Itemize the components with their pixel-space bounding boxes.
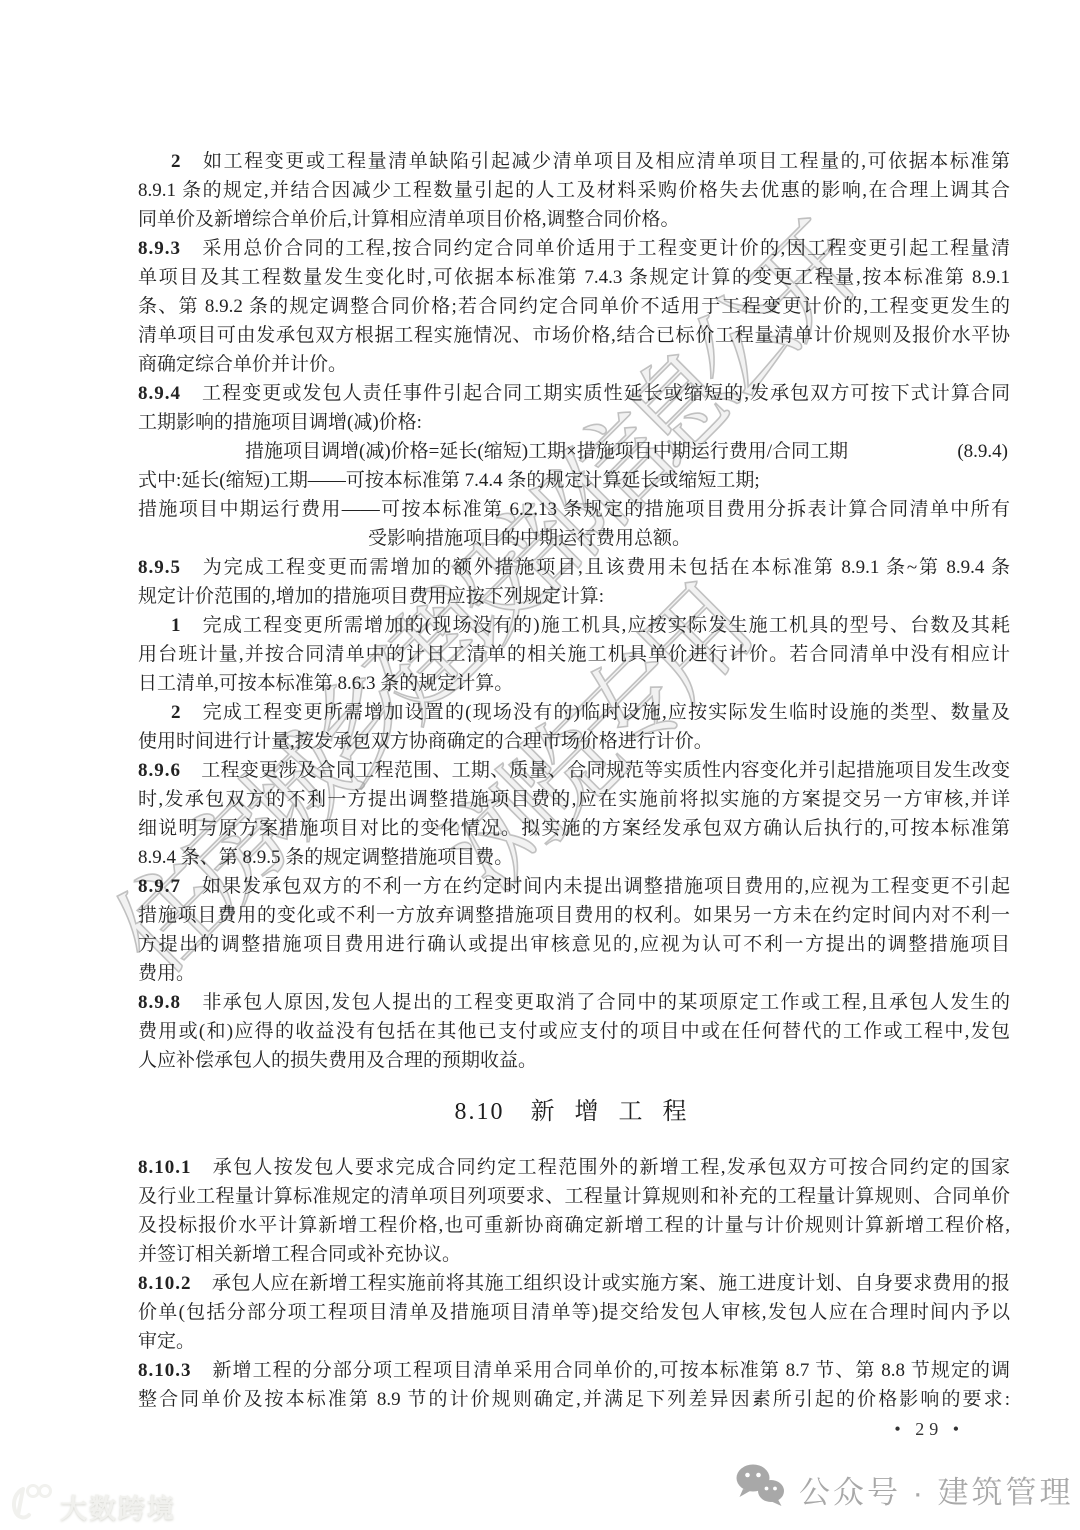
clause-number: 8.9.6	[138, 760, 181, 781]
text-line: 8.9.4工程变更或发包人责任事件引起合同工期实质性延长或缩短的,发承包双方可按…	[138, 379, 1010, 408]
clause-number: 8.10.1	[138, 1157, 192, 1178]
formula-line: 措施项目调增(减)价格=延长(缩短)工期×措施项目中期运行费用/合同工期(8.9…	[138, 437, 1010, 466]
clause-number: 8.9.7	[138, 876, 181, 897]
text-line: 式中:延长(缩短)工期——可按本标准第 7.4.4 条的规定计算延长或缩短工期;	[138, 466, 1010, 495]
text-line: 8.9.3采用总价合同的工程,按合同约定合同单价适用于工程变更计价的,因工程变更…	[138, 234, 1010, 263]
text-line: 措施项目费用的变化或不利一方放弃调整措施项目费用的权利。如果另一方未在约定时间内…	[138, 901, 1010, 930]
text-line: 8.10.1承包人按发包人要求完成合同约定工程范围外的新增工程,发承包双方可按合…	[138, 1153, 1010, 1182]
text-line: 及行业工程量计算标准规定的清单项目列项要求、工程量计算规则和补充的工程量计算规则…	[138, 1182, 1010, 1211]
text-line: 2完成工程变更所需增加设置的(现场没有的)临时设施,应按实际发生临时设施的类型、…	[138, 698, 1010, 727]
text-line: 8.9.7如果发承包双方的不利一方在约定时间内未提出调整措施项目费用的,应视为工…	[138, 872, 1010, 901]
text-line-content: 如工程变更或工程量清单缺陷引起减少清单项目及相应清单项目工程量的,可依据本标准第	[201, 151, 1010, 172]
text-line-content: 工程变更或发包人责任事件引起合同工期实质性延长或缩短的,发承包双方可按下式计算合…	[201, 383, 1010, 404]
formula-text: 措施项目调增(减)价格=延长(缩短)工期×措施项目中期运行费用/合同工期	[245, 437, 848, 466]
text-line: 同单价及新增综合单价后,计算相应清单项目价格,调整合同价格。	[138, 205, 1010, 234]
text-line: 细说明与原方案措施项目对比的变化情况。拟实施的方案经发承包双方确认后执行的,可按…	[138, 814, 1010, 843]
text-line: 人应补偿承包人的损失费用及合理的预期收益。	[138, 1046, 1010, 1075]
clause-number: 2	[171, 702, 182, 723]
text-block: 2如工程变更或工程量清单缺陷引起减少清单项目及相应清单项目工程量的,可依据本标准…	[138, 147, 1010, 1442]
clause-number: 8.9.8	[138, 992, 181, 1013]
text-line: 时,发承包双方的不利一方提出调整措施项目费的,应在实施前将拟实施的方案提交另一方…	[138, 785, 1010, 814]
text-line: 用台班计量,并按合同清单中的计日工清单的相关施工机具单价进行计价。若合同清单中没…	[138, 640, 1010, 669]
text-line-content: 非承包人原因,发包人提出的工程变更取消了合同中的某项原定工作或工程,且承包人发生…	[201, 992, 1010, 1013]
text-line-content: 新增工程的分部分项工程项目清单采用合同单价的,可按本标准第 8.7 节、第 8.…	[211, 1360, 1010, 1381]
text-line: 审定。	[138, 1327, 1010, 1356]
text-line: 费用。	[138, 959, 1010, 988]
text-line: 条、第 8.9.2 条的规定调整合同价格;若合同约定合同单价不适用于工程变更计价…	[138, 292, 1010, 321]
text-line: 价单(包括分部分项工程项目清单及措施项目清单等)提交给发包人审核,发包人应在合理…	[138, 1298, 1010, 1327]
text-line: 8.9.4 条、第 8.9.5 条的规定调整措施项目费。	[138, 843, 1010, 872]
text-line-content: 承包人按发包人要求完成合同约定工程范围外的新增工程,发承包双方可按合同约定的国家	[211, 1157, 1010, 1178]
clause-number: 1	[171, 615, 182, 636]
text-line: 清单项目可由发承包双方根据工程实施情况、市场价格,结合已标价工程量清单计价规则及…	[138, 321, 1010, 350]
section-heading: 8.10新 增 工 程	[138, 1093, 1010, 1131]
text-line: 受影响措施项目的中期运行费用总额。	[138, 524, 1010, 553]
text-line: 单项目及其工程数量发生变化时,可依据本标准第 7.4.3 条规定计算的变更工程量…	[138, 263, 1010, 292]
brand-watermark: 大数跨境	[8, 1482, 176, 1530]
brand-logo-icon	[8, 1482, 60, 1530]
wechat-icon	[733, 1461, 787, 1518]
text-line: 方提出的调整措施项目费用进行确认或提出审核意见的,应视为认可不利一方提出的调整措…	[138, 930, 1010, 959]
page-number: • 29 •	[138, 1416, 1010, 1442]
formula-tag: (8.9.4)	[957, 437, 1008, 466]
text-line: 费用或(和)应得的收益没有包括在其他已支付或应支付的项目中或在任何替代的工作或工…	[138, 1017, 1010, 1046]
section-heading-number: 8.10	[455, 1099, 505, 1125]
text-line: 8.10.3新增工程的分部分项工程项目清单采用合同单价的,可按本标准第 8.7 …	[138, 1356, 1010, 1385]
text-line-content: 式中:延长(缩短)工期——可按本标准第 7.4.4 条的规定计算延长或缩短工期;	[138, 470, 760, 491]
document-page: 住房城乡建设部信息公开 浏览专用 2如工程变更或工程量清单缺陷引起减少清单项目及…	[0, 0, 1080, 1530]
text-line-content: 承包人应在新增工程实施前将其施工组织设计或实施方案、施工进度计划、自身要求费用的…	[211, 1273, 1010, 1294]
official-account-label: 公众号 · 建筑管理	[799, 1467, 1074, 1512]
text-line: 日工清单,可按本标准第 8.6.3 条的规定计算。	[138, 669, 1010, 698]
text-line-content: 完成工程变更所需增加的(现场没有的)施工机具,应按实际发生施工机具的型号、台数及…	[201, 615, 1010, 636]
text-line: 8.9.5为完成工程变更而需增加的额外措施项目,且该费用未包括在本标准第 8.9…	[138, 553, 1010, 582]
official-account: 公众号 · 建筑管理	[733, 1461, 1074, 1518]
text-line: 及投标报价水平计算新增工程价格,也可重新协商确定新增工程的计量与计价规则计算新增…	[138, 1211, 1010, 1240]
text-line: 使用时间进行计量,按发承包双方协商确定的合理市场价格进行计价。	[138, 727, 1010, 756]
text-line: 1完成工程变更所需增加的(现场没有的)施工机具,应按实际发生施工机具的型号、台数…	[138, 611, 1010, 640]
clause-number: 2	[171, 151, 182, 172]
text-line: 整合同单价及按本标准第 8.9 节的计价规则确定,并满足下列差异因素所引起的价格…	[138, 1385, 1010, 1414]
text-line: 8.9.1 条的规定,并结合因减少工程数量引起的人工及材料采购价格失去优惠的影响…	[138, 176, 1010, 205]
text-line: 工期影响的措施项目调增(减)价格:	[138, 408, 1010, 437]
text-line-content: 完成工程变更所需增加设置的(现场没有的)临时设施,应按实际发生临时设施的类型、数…	[201, 702, 1010, 723]
footer: 大数跨境 公众号 · 建筑管理	[0, 1455, 1080, 1530]
clause-number: 8.10.3	[138, 1360, 192, 1381]
text-line: 8.9.6工程变更涉及合同工程范围、工期、质量、合同规范等实质性内容变化并引起措…	[138, 756, 1010, 785]
text-line-content: 措施项目中期运行费用——可按本标准第 6.2.13 条规定的措施项目费用分拆表计…	[138, 499, 1010, 520]
text-line-content: 采用总价合同的工程,按合同约定合同单价适用于工程变更计价的,因工程变更引起工程量…	[201, 238, 1010, 259]
text-line: 措施项目中期运行费用——可按本标准第 6.2.13 条规定的措施项目费用分拆表计…	[138, 495, 1010, 524]
text-line: 2如工程变更或工程量清单缺陷引起减少清单项目及相应清单项目工程量的,可依据本标准…	[138, 147, 1010, 176]
clause-number: 8.9.5	[138, 557, 181, 578]
text-line: 8.10.2承包人应在新增工程实施前将其施工组织设计或实施方案、施工进度计划、自…	[138, 1269, 1010, 1298]
text-line-content: 受影响措施项目的中期运行费用总额。	[368, 528, 691, 549]
text-line-content: 为完成工程变更而需增加的额外措施项目,且该费用未包括在本标准第 8.9.1 条~…	[201, 557, 1010, 578]
clause-number: 8.10.2	[138, 1273, 192, 1294]
brand-watermark-label: 大数跨境	[60, 1487, 176, 1526]
clause-number: 8.9.3	[138, 238, 181, 259]
section-heading-title: 新 增 工 程	[531, 1099, 694, 1125]
text-line-content: 如果发承包双方的不利一方在约定时间内未提出调整措施项目费用的,应视为工程变更不引…	[201, 876, 1010, 897]
text-line-content: 工程变更涉及合同工程范围、工期、质量、合同规范等实质性内容变化并引起措施项目发生…	[201, 760, 1010, 781]
text-line: 8.9.8非承包人原因,发包人提出的工程变更取消了合同中的某项原定工作或工程,且…	[138, 988, 1010, 1017]
text-line: 规定计价范围的,增加的措施项目费用应按下列规定计算:	[138, 582, 1010, 611]
text-line: 商确定综合单价并计价。	[138, 350, 1010, 379]
clause-number: 8.9.4	[138, 383, 181, 404]
text-line: 并签订相关新增工程合同或补充协议。	[138, 1240, 1010, 1269]
